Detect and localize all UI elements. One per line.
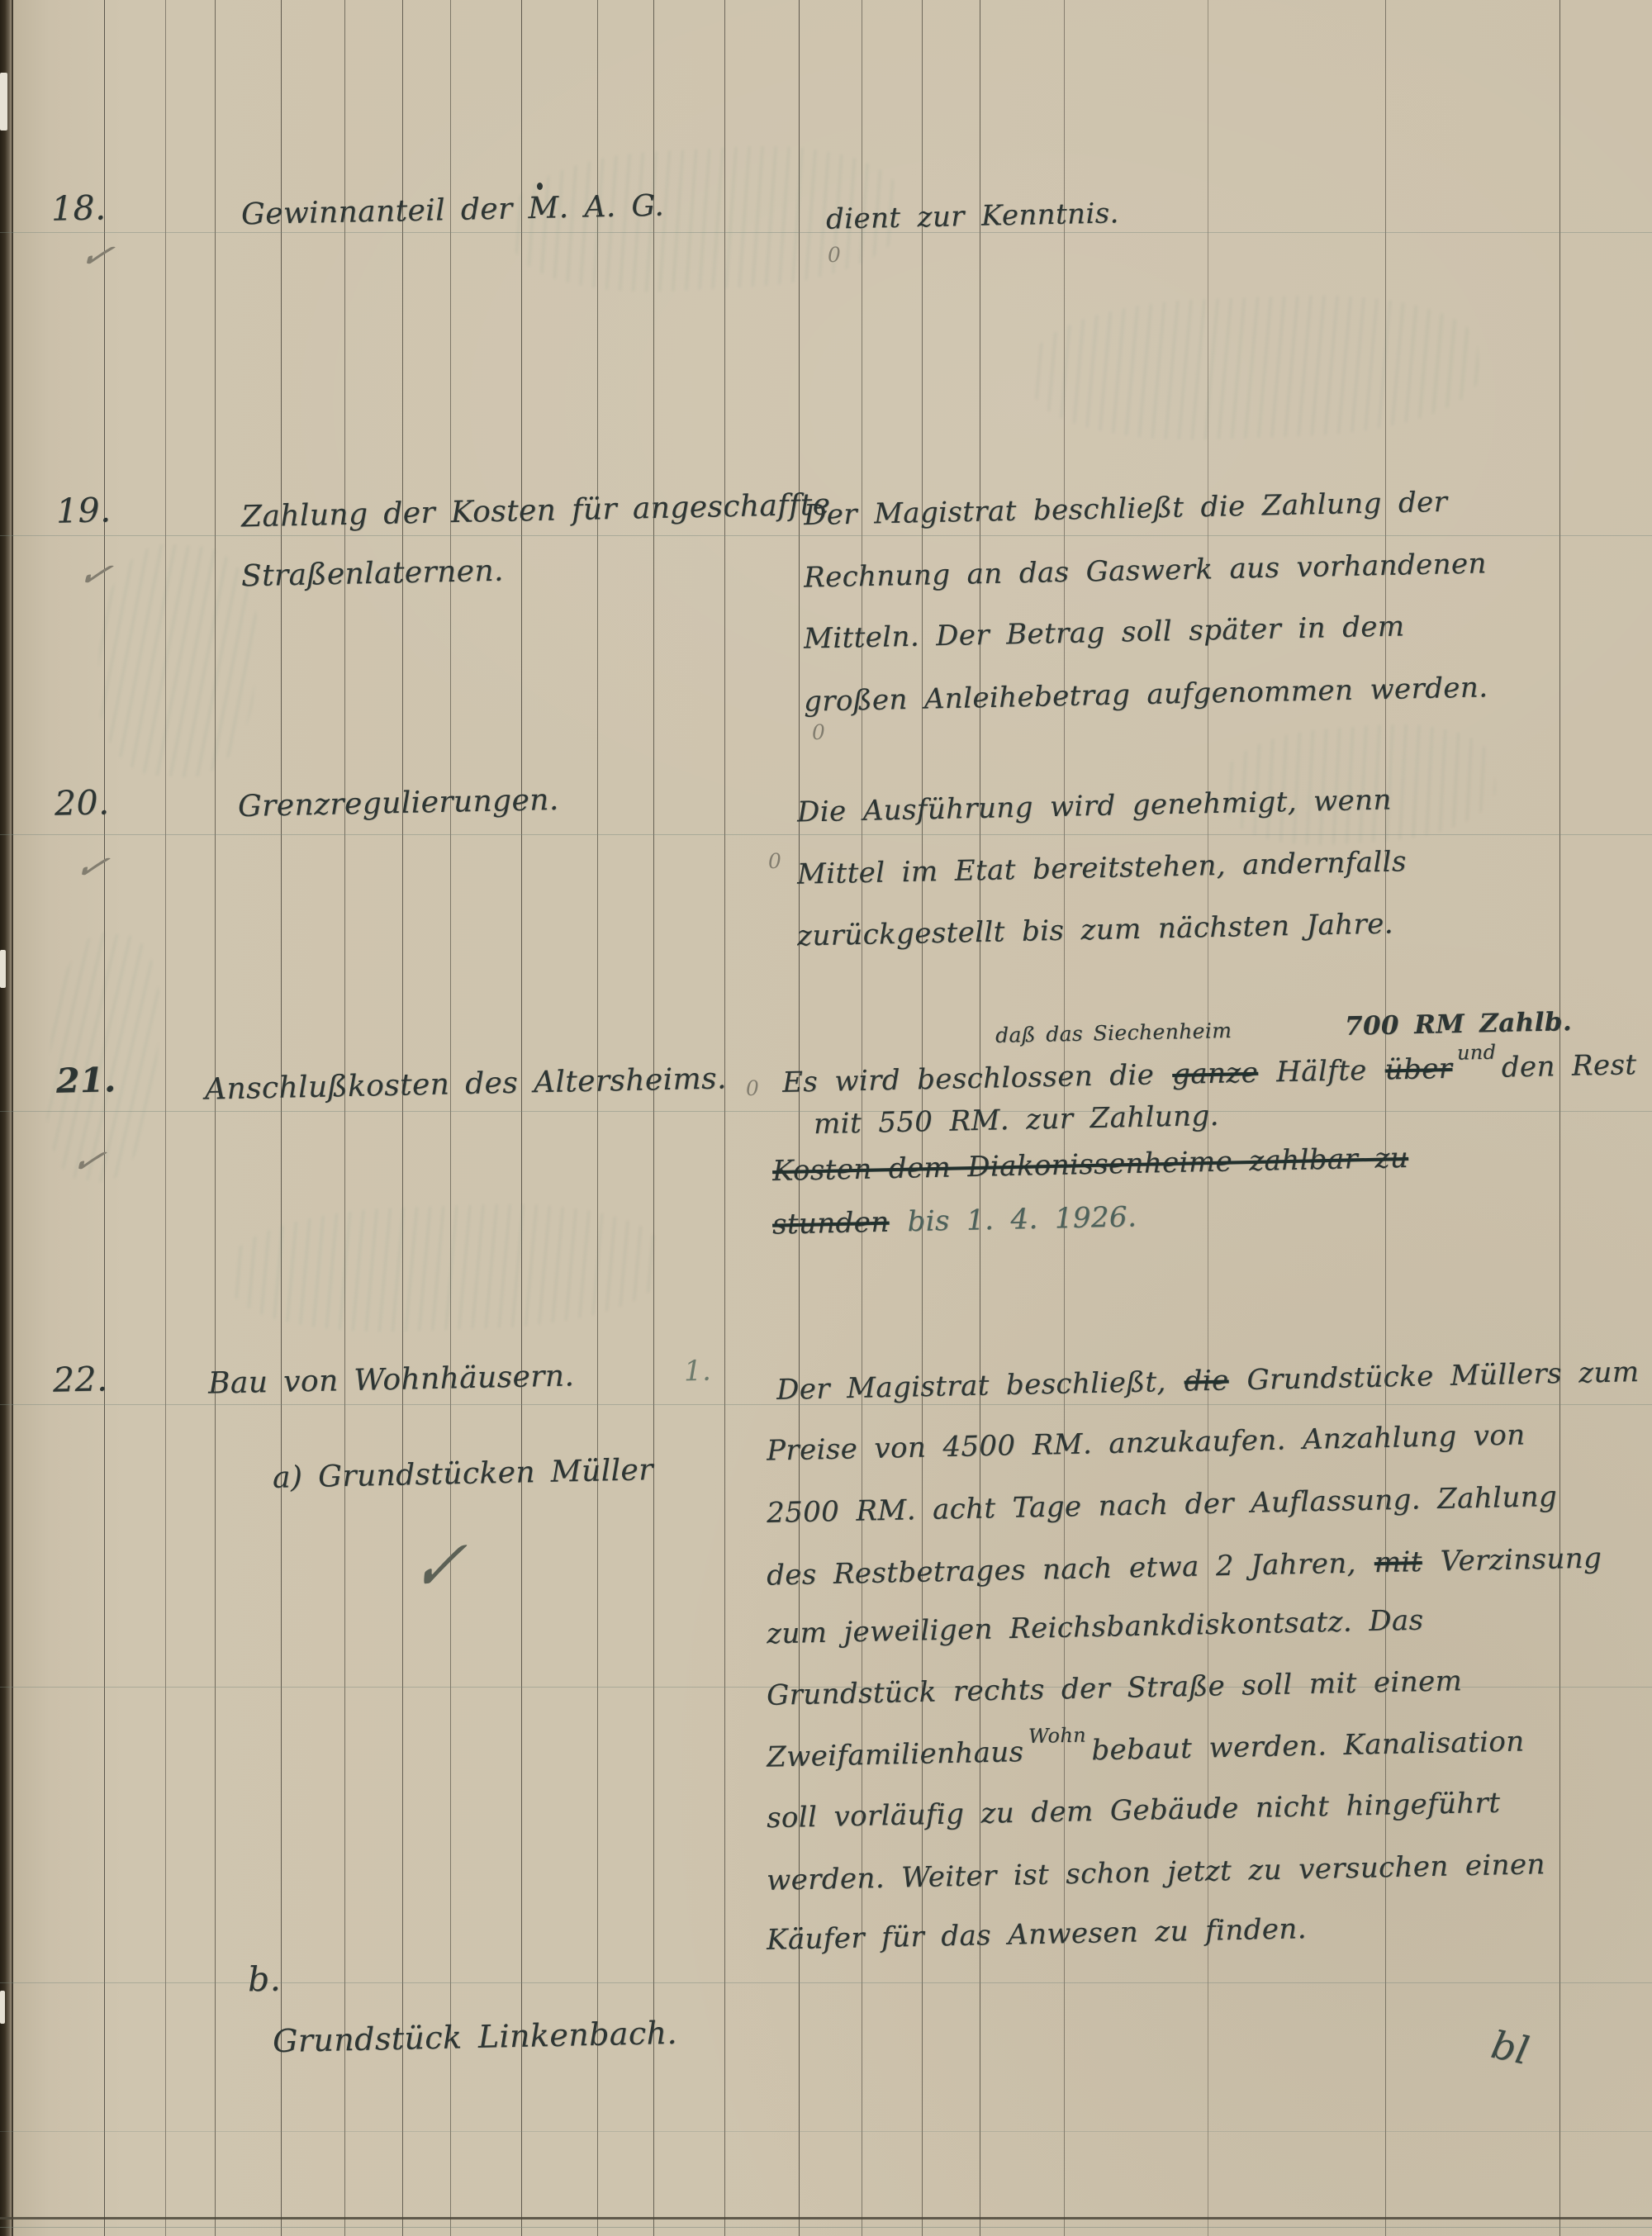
entry-21-interlinear-insert: und — [1457, 1041, 1497, 1065]
column-rule-line — [402, 0, 403, 2236]
page-bottom-rule — [0, 2227, 1652, 2228]
entry-22-resolution-line: werden. Weiter ist schon jetzt zu versuc… — [767, 1848, 1545, 1897]
entry-22-struck-segment: mit — [1374, 1545, 1422, 1579]
column-rule-line — [344, 0, 345, 2236]
entry-21-number: 21. — [56, 1060, 117, 1101]
entry-20-resolution-line: zurückgestellt bis zum nächsten Jahre. — [797, 907, 1394, 952]
ink-dot — [537, 183, 543, 190]
entry-21-struck-segment: stunden — [772, 1206, 890, 1241]
entry-19-resolution-line: Rechnung an das Gaswerk aus vorhandenen — [804, 547, 1487, 594]
entry-18-check-mark: ✓ — [74, 231, 121, 279]
entry-21-resolution-line: mit 550 RM. zur Zahlung. — [814, 1099, 1220, 1141]
entry-21-title: Anschlußkosten des Altersheims. — [205, 1061, 728, 1106]
entry-22-number: 22. — [53, 1359, 108, 1399]
entry-20-check-mark: ✓ — [69, 843, 116, 890]
guide-line — [0, 535, 1652, 536]
entry-19-title-line: Straßenlaternen. — [241, 554, 505, 594]
pencil-zero-mark: 0 — [768, 849, 782, 873]
guide-line — [0, 2131, 1652, 2132]
column-rule-line — [653, 0, 654, 2236]
column-rule-line — [799, 0, 800, 2236]
page-corner-mark: bl — [1488, 2022, 1533, 2073]
entry-22-text-segment: Zweifamilienhaus — [767, 1735, 1024, 1774]
entry-22-resolution-line: 2500 RM. acht Tage nach der Auflassung. … — [767, 1480, 1558, 1530]
entry-22-resolution-line: des Restbetrages nach etwa 2 Jahren,mitV… — [767, 1541, 1602, 1592]
entry-22-struck-segment: die — [1184, 1364, 1229, 1398]
entry-20-title: Grenzregulierungen. — [238, 783, 559, 824]
entry-22-text-segment: bebaut werden. Kanalisation — [1091, 1725, 1525, 1767]
footer-sub-title: Grundstück Linkenbach. — [273, 2015, 678, 2059]
entry-22-title-line: a) Grundstücken Müller — [273, 1453, 654, 1495]
entry-22-resolution-line: Grundstück rechts der Straße soll mit ei… — [767, 1664, 1463, 1712]
entry-21-text-segment: Es wird beschlossen die — [782, 1058, 1155, 1099]
entry-22-text-segment: Der Magistrat beschließt, — [776, 1365, 1166, 1407]
entry-22-interlinear-insert: Wohn — [1028, 1724, 1087, 1748]
page-bottom-rule — [0, 2217, 1652, 2219]
column-rule-line — [724, 0, 725, 2236]
column-rule-line — [12, 0, 13, 2236]
entry-21-resolution-line: stundenbis 1. 4. 1926. — [772, 1200, 1137, 1241]
entry-18-resolution-line: dient zur Kenntnis. — [826, 197, 1119, 235]
entry-20-number: 20. — [55, 782, 110, 823]
entry-22-text-segment: Verzinsung — [1440, 1541, 1602, 1578]
entry-20-resolution-line: Mittel im Etat bereitstehen, andernfalls — [797, 845, 1407, 890]
entry-22-title-line: Bau von Wohnhäusern. — [208, 1359, 575, 1400]
column-rule-line — [215, 0, 216, 2236]
paper-tear — [0, 950, 6, 988]
ink-bleed — [1030, 290, 1481, 446]
entry-22-resolution-line: soll vorläufig zu dem Gebäude nicht hing… — [767, 1787, 1501, 1835]
paper-tear — [0, 1991, 5, 2024]
ink-bleed — [91, 540, 263, 782]
paper-tear — [0, 73, 7, 131]
entry-21-struck-line: Kosten dem Diakonissenheime zahlbar zu — [772, 1142, 1409, 1188]
entry-18-number: 18. — [51, 188, 107, 228]
entry-19-resolution-line: Mitteln. Der Betrag soll später in dem — [804, 610, 1405, 655]
entry-21-text-segment: Hälfte — [1276, 1054, 1367, 1089]
entry-22-resolution-line: ZweifamilienhausWohnbebaut werden. Kanal… — [767, 1725, 1525, 1773]
entry-19-title-line: Zahlung der Kosten für angeschaffte — [241, 488, 831, 534]
pencil-zero-mark: 0 — [746, 1076, 760, 1100]
entry-19-resolution-line: Der Magistrat beschließt die Zahlung der — [804, 486, 1448, 532]
entry-22-pencil-index: 1. — [684, 1355, 712, 1389]
entry-22-resolution-line: zum jeweiligen Reichsbankdiskontsatz. Da… — [767, 1604, 1424, 1651]
entry-22-resolution-line: Preise von 4500 RM. anzukaufen. Anzahlun… — [767, 1418, 1526, 1467]
entry-21-interlinear-note: daß das Siechenheim — [995, 1018, 1232, 1047]
footer-sub-index: b. — [248, 1959, 282, 2000]
column-rule-line — [521, 0, 522, 2236]
pencil-zero-mark: 0 — [812, 720, 826, 744]
column-rule-line — [1559, 0, 1560, 2236]
entry-21-struck-segment: über — [1384, 1052, 1452, 1087]
pencil-zero-mark: 0 — [828, 243, 842, 267]
ledger-page: 18. ✓ Gewinnanteil der M. A. G. dient zu… — [0, 0, 1652, 2236]
entry-22-text-segment: des Restbetrages nach etwa 2 Jahren, — [767, 1547, 1356, 1593]
entry-21-amount-note: 700 RM Zahlb. — [1345, 1007, 1573, 1042]
entry-19-number: 19. — [56, 490, 112, 530]
entry-22-check-mark: ✓ — [406, 1526, 471, 1608]
entry-21-struck-segment: ganze — [1172, 1056, 1259, 1091]
column-rule-line — [597, 0, 598, 2236]
entry-21-text-segment: den Rest — [1501, 1048, 1636, 1084]
entry-22-text-segment: Grundstücke Müllers zum — [1246, 1355, 1640, 1397]
entry-22-resolution-line: Käufer für das Anwesen zu finden. — [767, 1912, 1308, 1957]
column-rule-line — [450, 0, 451, 2236]
entry-21-resolution-line: Es wird beschlossen dieganzeHälfteüberun… — [782, 1048, 1637, 1099]
column-rule-line — [165, 0, 166, 2236]
column-rule-line — [281, 0, 282, 2236]
entry-21-date-segment: bis 1. 4. 1926. — [907, 1200, 1137, 1238]
